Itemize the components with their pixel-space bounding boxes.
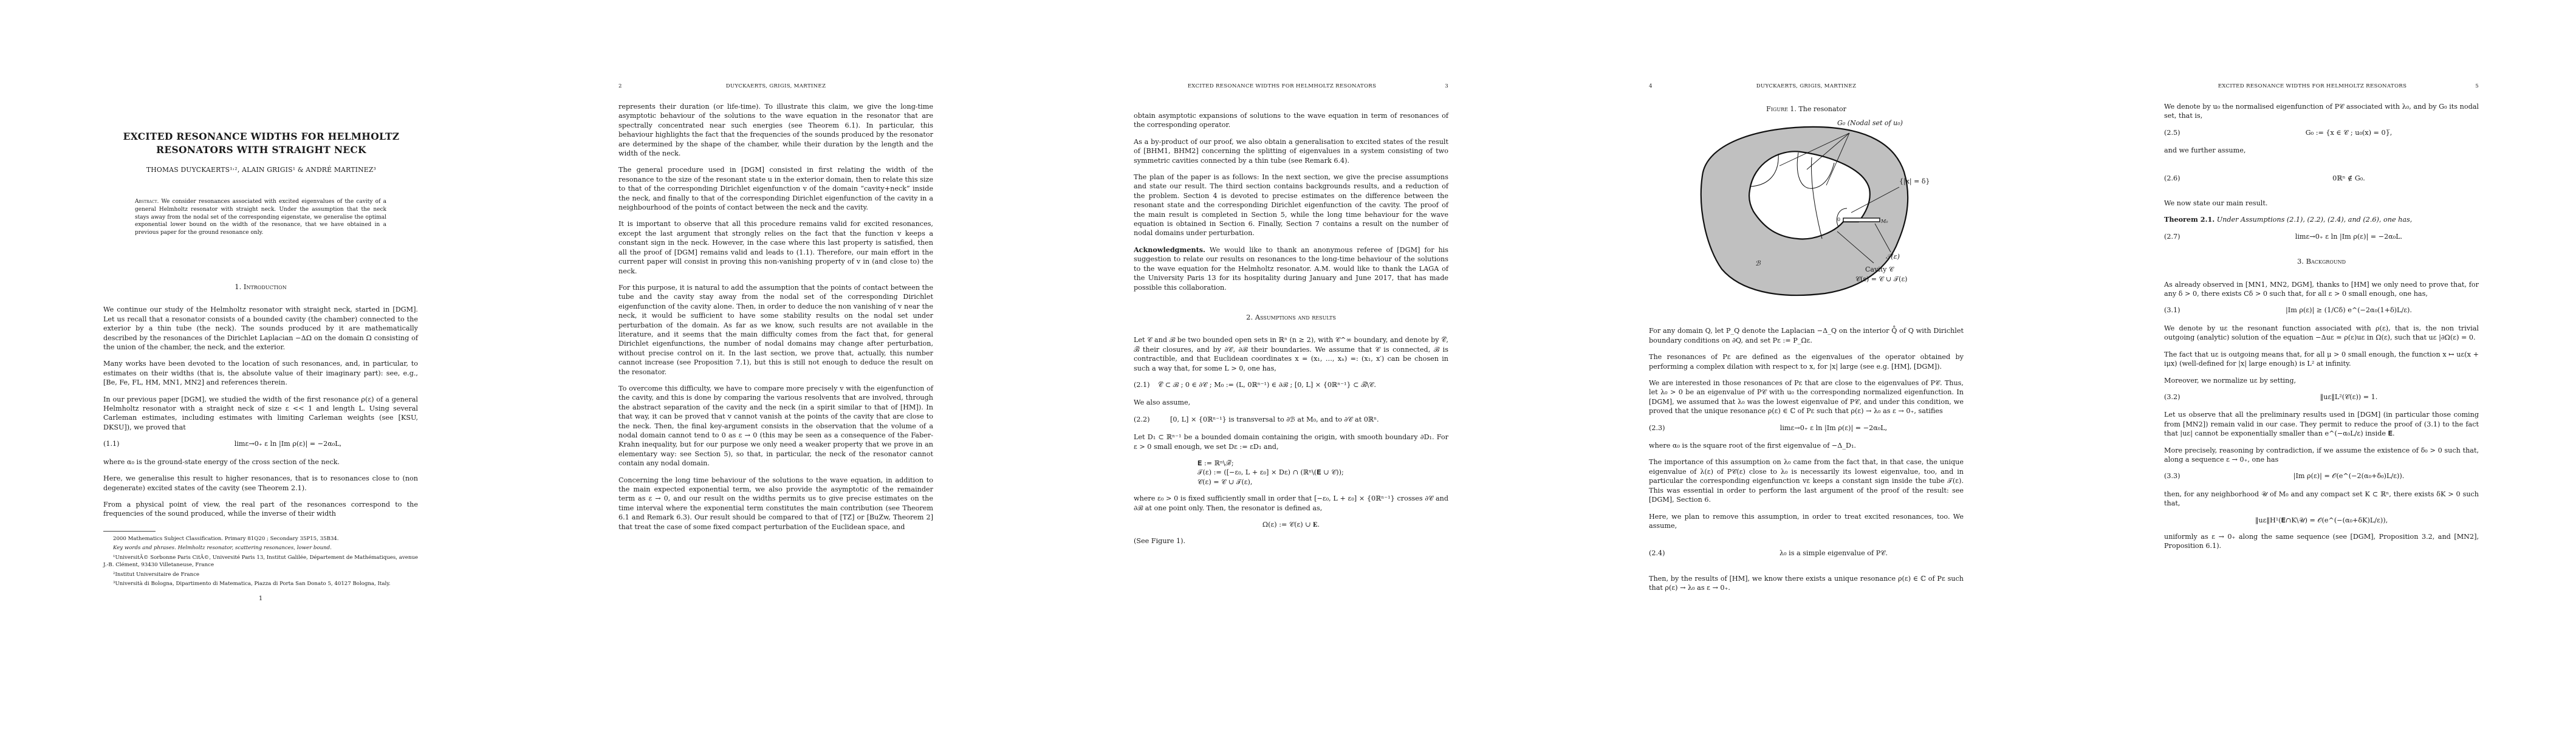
equation: (2.6) 0ℝⁿ ∉ G₀. [2164,174,2479,183]
page-number: 1 [103,594,418,603]
page-4: 4 DUYCKAERTS, GRIGIS, MARTINEZ Figure 1.… [1546,0,2061,729]
equation: (2.7) limε→0₊ ε ln |Im ρ(ε)| = −2α₀L. [2164,232,2479,241]
section-title: 2. Assumptions and results [1134,313,1448,322]
equation-body: limε→0₊ ε ln |Im ρ(ε)| = −2α₀L, [158,439,418,448]
paragraph: then, for any neighborhood 𝒰 of M₀ and a… [2164,490,2479,508]
paragraph: We continue our study of the Helmholtz r… [103,305,418,352]
equation-label: (2.1) [1134,380,1158,389]
paragraph: (See Figure 1). [1134,536,1448,546]
equation-body: [0, L] × {0ℝⁿ⁻¹} is transversal to ∂ℬ at… [1170,415,1448,424]
equation-body: limε→0₊ ε ln |Im ρ(ε)| = −2α₀L, [1704,423,1964,433]
paragraph: Concerning the long time behaviour of th… [618,476,933,532]
figure-label-cavity-eps: 𝒞(ε) = 𝒞 ∪ 𝒯(ε) [1855,275,1907,284]
equation-body: |Im ρ(ε)| ≥ (1/Cδ) e^(−2α₀(1+δ)L/ε). [2219,306,2479,315]
theorem-label: Theorem 2.1. [2164,215,2215,224]
resonator-diagram [1649,117,1964,299]
equation-body: ‖uε‖L²(𝒞(ε)) = 1. [2219,392,2479,402]
figure-label-cavity: Cavity 𝒞 [1865,265,1894,274]
figure-label-m0: M₀ [1881,217,1888,226]
page-number: 5 [2475,83,2479,89]
page-1: EXCITED RESONANCE WIDTHS FOR HELMHOLTZ R… [0,0,515,729]
equation-label: (3.2) [2164,392,2219,402]
title-line-1: EXCITED RESONANCE WIDTHS FOR HELMHOLTZ [91,130,431,143]
abstract-text: We consider resonances associated with e… [135,199,386,236]
equation-body: Ω(ε) := 𝒞(ε) ∪ 𝐄. [1134,520,1448,529]
footnote-rule [103,531,156,532]
equation-body: G₀ := {x ∈ 𝒞 ; u₀(x) = 0}̅, [2219,128,2479,137]
figure-label-delta: {|x| = δ} [1899,177,1930,186]
running-head-text: DUYCKAERTS, GRIGIS, MARTINEZ [618,83,933,89]
figure-caption: Figure 1. The resonator [1649,104,1964,114]
page-3-body: obtain asymptotic expansions of solution… [1134,111,1448,553]
paragraph: In our previous paper [DGM], we studied … [103,395,418,433]
figure-label-b: ℬ [1755,259,1761,268]
running-head-text: EXCITED RESONANCE WIDTHS FOR HELMHOLTZ R… [2164,83,2461,89]
theorem: Theorem 2.1. Under Assumptions (2.1), (2… [2164,215,2479,224]
paragraph: For this purpose, it is natural to add t… [618,283,933,377]
equation-body: 𝒞̅ ⊂ ℬ ; 0 ∈ ∂𝒞 ; M₀ := (L, 0ℝⁿ⁻¹) ∈ ∂ℬ … [1158,380,1448,389]
paragraph: We denote by uε the resonant function as… [2164,324,2479,343]
theorem-text: Under Assumptions (2.1), (2.2), (2.4), a… [2217,216,2413,224]
paragraph: obtain asymptotic expansions of solution… [1134,111,1448,130]
paragraph: Here, we generalise this result to highe… [103,474,418,493]
paragraph: The general procedure used in [DGM] cons… [618,165,933,212]
paragraph: The plan of the paper is as follows: In … [1134,173,1448,238]
footnote: ²Institut Universitaire de France [103,571,418,579]
equation: (1.1) limε→0₊ ε ln |Im ρ(ε)| = −2α₀L, [103,439,418,448]
abstract: Abstract. We consider resonances associa… [135,198,386,237]
paragraph: We now state our main result. [2164,199,2479,208]
running-head-text: EXCITED RESONANCE WIDTHS FOR HELMHOLTZ R… [1134,83,1430,89]
equation: (2.2) [0, L] × {0ℝⁿ⁻¹} is transversal to… [1134,415,1448,424]
title-line-2: RESONATORS WITH STRAIGHT NECK [91,143,431,157]
paragraph: Let us observe that all the preliminary … [2164,410,2479,438]
equation-body: limε→0₊ ε ln |Im ρ(ε)| = −2α₀L. [2219,232,2479,241]
paragraph: The fact that uε is outgoing means that,… [2164,350,2479,369]
section-title: 1. Introduction [103,282,418,292]
section-title: 3. Background [2164,257,2479,266]
paragraph: uniformly as ε → 0₊ along the same seque… [2164,532,2479,551]
paragraph: represents their duration (or life-time)… [618,102,933,158]
page-4-body: Figure 1. The resonator [1649,104,1964,600]
footnote: Key words and phrases. Helmholtz resonat… [103,544,418,552]
equation-label: (2.3) [1649,423,1704,433]
paragraph: We denote by u₀ the normalised eigenfunc… [2164,102,2479,121]
equation: (3.3) |Im ρ(ε)| = 𝒪(e^(−2(α₀+δ₀)L/ε)). [2164,471,2479,481]
paper-title: EXCITED RESONANCE WIDTHS FOR HELMHOLTZ R… [91,130,431,157]
ack-label: Acknowledgments. [1134,245,1205,254]
paragraph: Here, we plan to remove this assumption,… [1649,512,1964,531]
paragraph: Moreover, we normalize uε by setting, [2164,376,2479,385]
figure-label: Figure 1. [1766,105,1797,113]
paragraph: For any domain Q, let P_Q denote the Lap… [1649,326,1964,345]
page-number: 3 [1445,83,1448,89]
paragraph: Then, by the results of [HM], we know th… [1649,574,1964,593]
paragraph: where ε₀ > 0 is fixed sufficiently small… [1134,494,1448,513]
equation-body: λ₀ is a simple eigenvalue of P𝒞. [1704,549,1964,558]
paragraph: where α₀ is the ground-state energy of t… [103,457,418,467]
page-1-body: 1. Introduction We continue our study of… [103,282,418,603]
running-head-text: DUYCKAERTS, GRIGIS, MARTINEZ [1649,83,1964,89]
equation-body: |Im ρ(ε)| = 𝒪(e^(−2(α₀+δ₀)L/ε)). [2219,471,2479,481]
equation: (2.3) limε→0₊ ε ln |Im ρ(ε)| = −2α₀L, [1649,423,1964,433]
paragraph: and we further assume, [2164,146,2479,155]
paragraph: where α₀ is the square root of the first… [1649,441,1964,450]
footnote: 2000 Mathematics Subject Classification.… [103,535,418,543]
paragraph: It is important to observe that all this… [618,219,933,275]
equation-label: (1.1) [103,439,158,448]
paragraph: As a by-product of our proof, we also ob… [1134,137,1448,165]
paragraph: The importance of this assumption on λ₀ … [1649,457,1964,504]
paragraph: To overcome this difficulty, we have to … [618,384,933,468]
paragraph: Many works have been devoted to the loca… [103,359,418,387]
resonator-figure: G₀ (Nodal set of u₀) {|x| = δ} 0 M₀ 𝒯(ε)… [1649,117,1964,299]
equation: (3.1) |Im ρ(ε)| ≥ (1/Cδ) e^(−2α₀(1+δ)L/ε… [2164,306,2479,315]
acknowledgments: Acknowledgments. We would like to thank … [1134,245,1448,292]
page-3: EXCITED RESONANCE WIDTHS FOR HELMHOLTZ R… [1030,0,1546,729]
equation-label: (2.6) [2164,174,2219,183]
equation-label: (3.1) [2164,306,2219,315]
figure-caption-text: The resonator [1798,105,1846,113]
page-5-body: We denote by u₀ the normalised eigenfunc… [2164,102,2479,558]
paragraph: We are interested in those resonances of… [1649,378,1964,416]
footnote: ³Università di Bologna, Dipartimento di … [103,580,418,588]
paragraph: The resonances of Pε are defined as the … [1649,352,1964,371]
equation: (3.2) ‖uε‖L²(𝒞(ε)) = 1. [2164,392,2479,402]
definition: 𝒯(ε) := ([−ε₀, L + ε₀] × Dε) ∩ (ℝⁿ\(𝐄 ∪ … [1197,468,1448,477]
equation: (2.4) λ₀ is a simple eigenvalue of P𝒞. [1649,549,1964,558]
equation: (2.5) G₀ := {x ∈ 𝒞 ; u₀(x) = 0}̅, [2164,128,2479,137]
equation-body: 0ℝⁿ ∉ G₀. [2219,174,2479,183]
paragraph: Let D₁ ⊂ ℝⁿ⁻¹ be a bounded domain contai… [1134,433,1448,451]
paragraph: As already observed in [MN1, MN2, DGM], … [2164,280,2479,299]
equation-label: (2.4) [1649,549,1704,558]
figure-label-tube: 𝒯(ε) [1886,252,1900,261]
paragraph: More precisely, reasoning by contradicti… [2164,446,2479,465]
page-2-body: represents their duration (or life-time)… [618,102,933,539]
definition: 𝒞(ε) = 𝒞 ∪ 𝒯(ε), [1197,477,1448,487]
figure-label-origin: 0 [1837,215,1840,224]
paragraph: We also assume, [1134,398,1448,407]
definitions: 𝐄 := ℝⁿ\ℬ̅; 𝒯(ε) := ([−ε₀, L + ε₀] × Dε)… [1134,459,1448,487]
figure-label-nodal-set: G₀ (Nodal set of u₀) [1837,118,1903,128]
equation-body: ‖uε‖H¹(𝐄∩K\𝒰) = 𝒪(e^(−(α₀+δK)L/ε)), [2164,516,2479,525]
equation: (2.1) 𝒞̅ ⊂ ℬ ; 0 ∈ ∂𝒞 ; M₀ := (L, 0ℝⁿ⁻¹)… [1134,380,1448,389]
paragraph: Let 𝒞 and ℬ be two bounded open sets in … [1134,335,1448,373]
page-2: 2 DUYCKAERTS, GRIGIS, MARTINEZ represent… [515,0,1030,729]
authors: THOMAS DUYCKAERTS¹˒², ALAIN GRIGIS¹ & AN… [91,166,431,174]
equation-label: (2.5) [2164,128,2219,137]
equation-label: (3.3) [2164,471,2219,481]
footnote: ¹UniversitÃ© Sorbonne Paris CitÃ©, Unive… [103,554,418,569]
equation-label: (2.2) [1134,415,1170,424]
definition: 𝐄 := ℝⁿ\ℬ̅; [1197,459,1448,468]
equation-label: (2.7) [2164,232,2219,241]
abstract-label: Abstract. [135,199,159,205]
page-5: EXCITED RESONANCE WIDTHS FOR HELMHOLTZ R… [2061,0,2576,729]
paragraph: From a physical point of view, the real … [103,500,418,519]
